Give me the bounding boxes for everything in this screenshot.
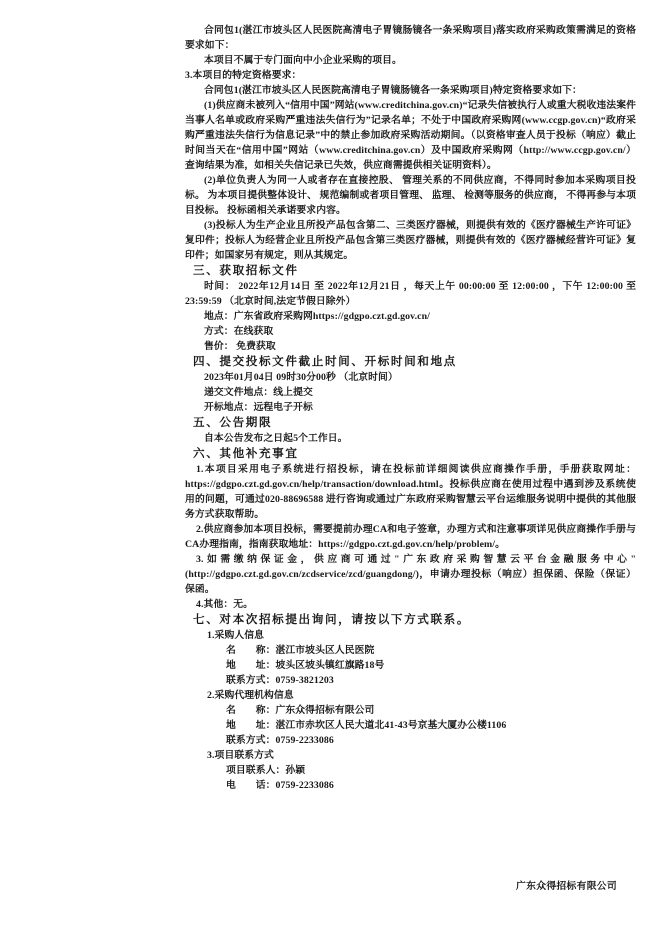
section-heading: 五、公告期限	[185, 415, 636, 431]
section-heading: 七、对本次招标提出询问，请按以下方式联系。	[185, 612, 636, 628]
contact-line: 联系方式：0759-3821203	[185, 673, 636, 688]
paragraph: 时间： 2022年12月14日 至 2022年12月21日 ，每天上午 00:0…	[185, 279, 636, 309]
section-heading: 四、提交投标文件截止时间、开标时间和地点	[185, 354, 636, 370]
paragraph: 本项目不属于专门面向中小企业采购的项目。	[185, 53, 636, 68]
paragraph: 3.本项目的特定资格要求：	[185, 68, 636, 83]
section-heading: 三、获取招标文件	[185, 263, 636, 279]
paragraph: (2)单位负责人为同一人或者存在直接控股、 管理关系的不同供应商，不得同时参加本…	[185, 173, 636, 218]
section-heading: 六、其他补充事宜	[185, 446, 636, 462]
contact-line: 项目联系人：孙颖	[185, 763, 636, 778]
paragraph: 方式：在线获取	[185, 324, 636, 339]
contact-line: 联系方式：0759-2233086	[185, 733, 636, 748]
paragraph: 2023年01月04日 09时30分00秒 （北京时间）	[185, 370, 636, 385]
paragraph: 合同包1(湛江市坡头区人民医院高清电子胃镜肠镜各一条采购项目)特定资格要求如下：	[185, 83, 636, 98]
sub-list-item: 2.采购代理机构信息	[185, 688, 636, 703]
document-content: 合同包1(湛江市坡头区人民医院高清电子胃镜肠镜各一条采购项目)落实政府采购政策需…	[185, 23, 636, 793]
list-item: 4.其他：无。	[185, 597, 636, 612]
contact-line: 电 话：0759-2233086	[185, 778, 636, 793]
list-item: 3.如需缴纳保证金，供应商可通过"广东政府采购智慧云平台金融服务中心"(http…	[185, 552, 636, 597]
paragraph: 递交文件地点：线上提交	[185, 385, 636, 400]
paragraph: 地点：广东省政府采购网https://gdgpo.czt.gd.gov.cn/	[185, 309, 636, 324]
sub-list-item: 3.项目联系方式	[185, 748, 636, 763]
paragraph: 开标地点：远程电子开标	[185, 400, 636, 415]
contact-line: 名 称：广东众得招标有限公司	[185, 703, 636, 718]
paragraph: (3)投标人为生产企业且所投产品包含第二、三类医疗器械，则提供有效的《医疗器械生…	[185, 218, 636, 263]
document-page: 合同包1(湛江市坡头区人民医院高清电子胃镜肠镜各一条采购项目)落实政府采购政策需…	[0, 0, 663, 928]
paragraph: 合同包1(湛江市坡头区人民医院高清电子胃镜肠镜各一条采购项目)落实政府采购政策需…	[185, 23, 636, 53]
list-item: 2.供应商参加本项目投标，需要提前办理CA和电子签章，办理方式和注意事项详见供应…	[185, 522, 636, 552]
list-item: 1.本项目采用电子系统进行招投标，请在投标前详细阅读供应商操作手册，手册获取网址…	[185, 462, 636, 522]
paragraph: 售价： 免费获取	[185, 339, 636, 354]
contact-line: 名 称：湛江市坡头区人民医院	[185, 643, 636, 658]
issuer-signature: 广东众得招标有限公司	[516, 878, 617, 892]
paragraph: (1)供应商未被列入“信用中国”网站(www.creditchina.gov.c…	[185, 98, 636, 173]
sub-list-item: 1.采购人信息	[185, 628, 636, 643]
contact-line: 地 址：湛江市赤坎区人民大道北41-43号京基大厦办公楼1106	[185, 718, 636, 733]
contact-line: 地 址：坡头区坡头镇红旗路18号	[185, 658, 636, 673]
paragraph: 自本公告发布之日起5个工作日。	[185, 431, 636, 446]
